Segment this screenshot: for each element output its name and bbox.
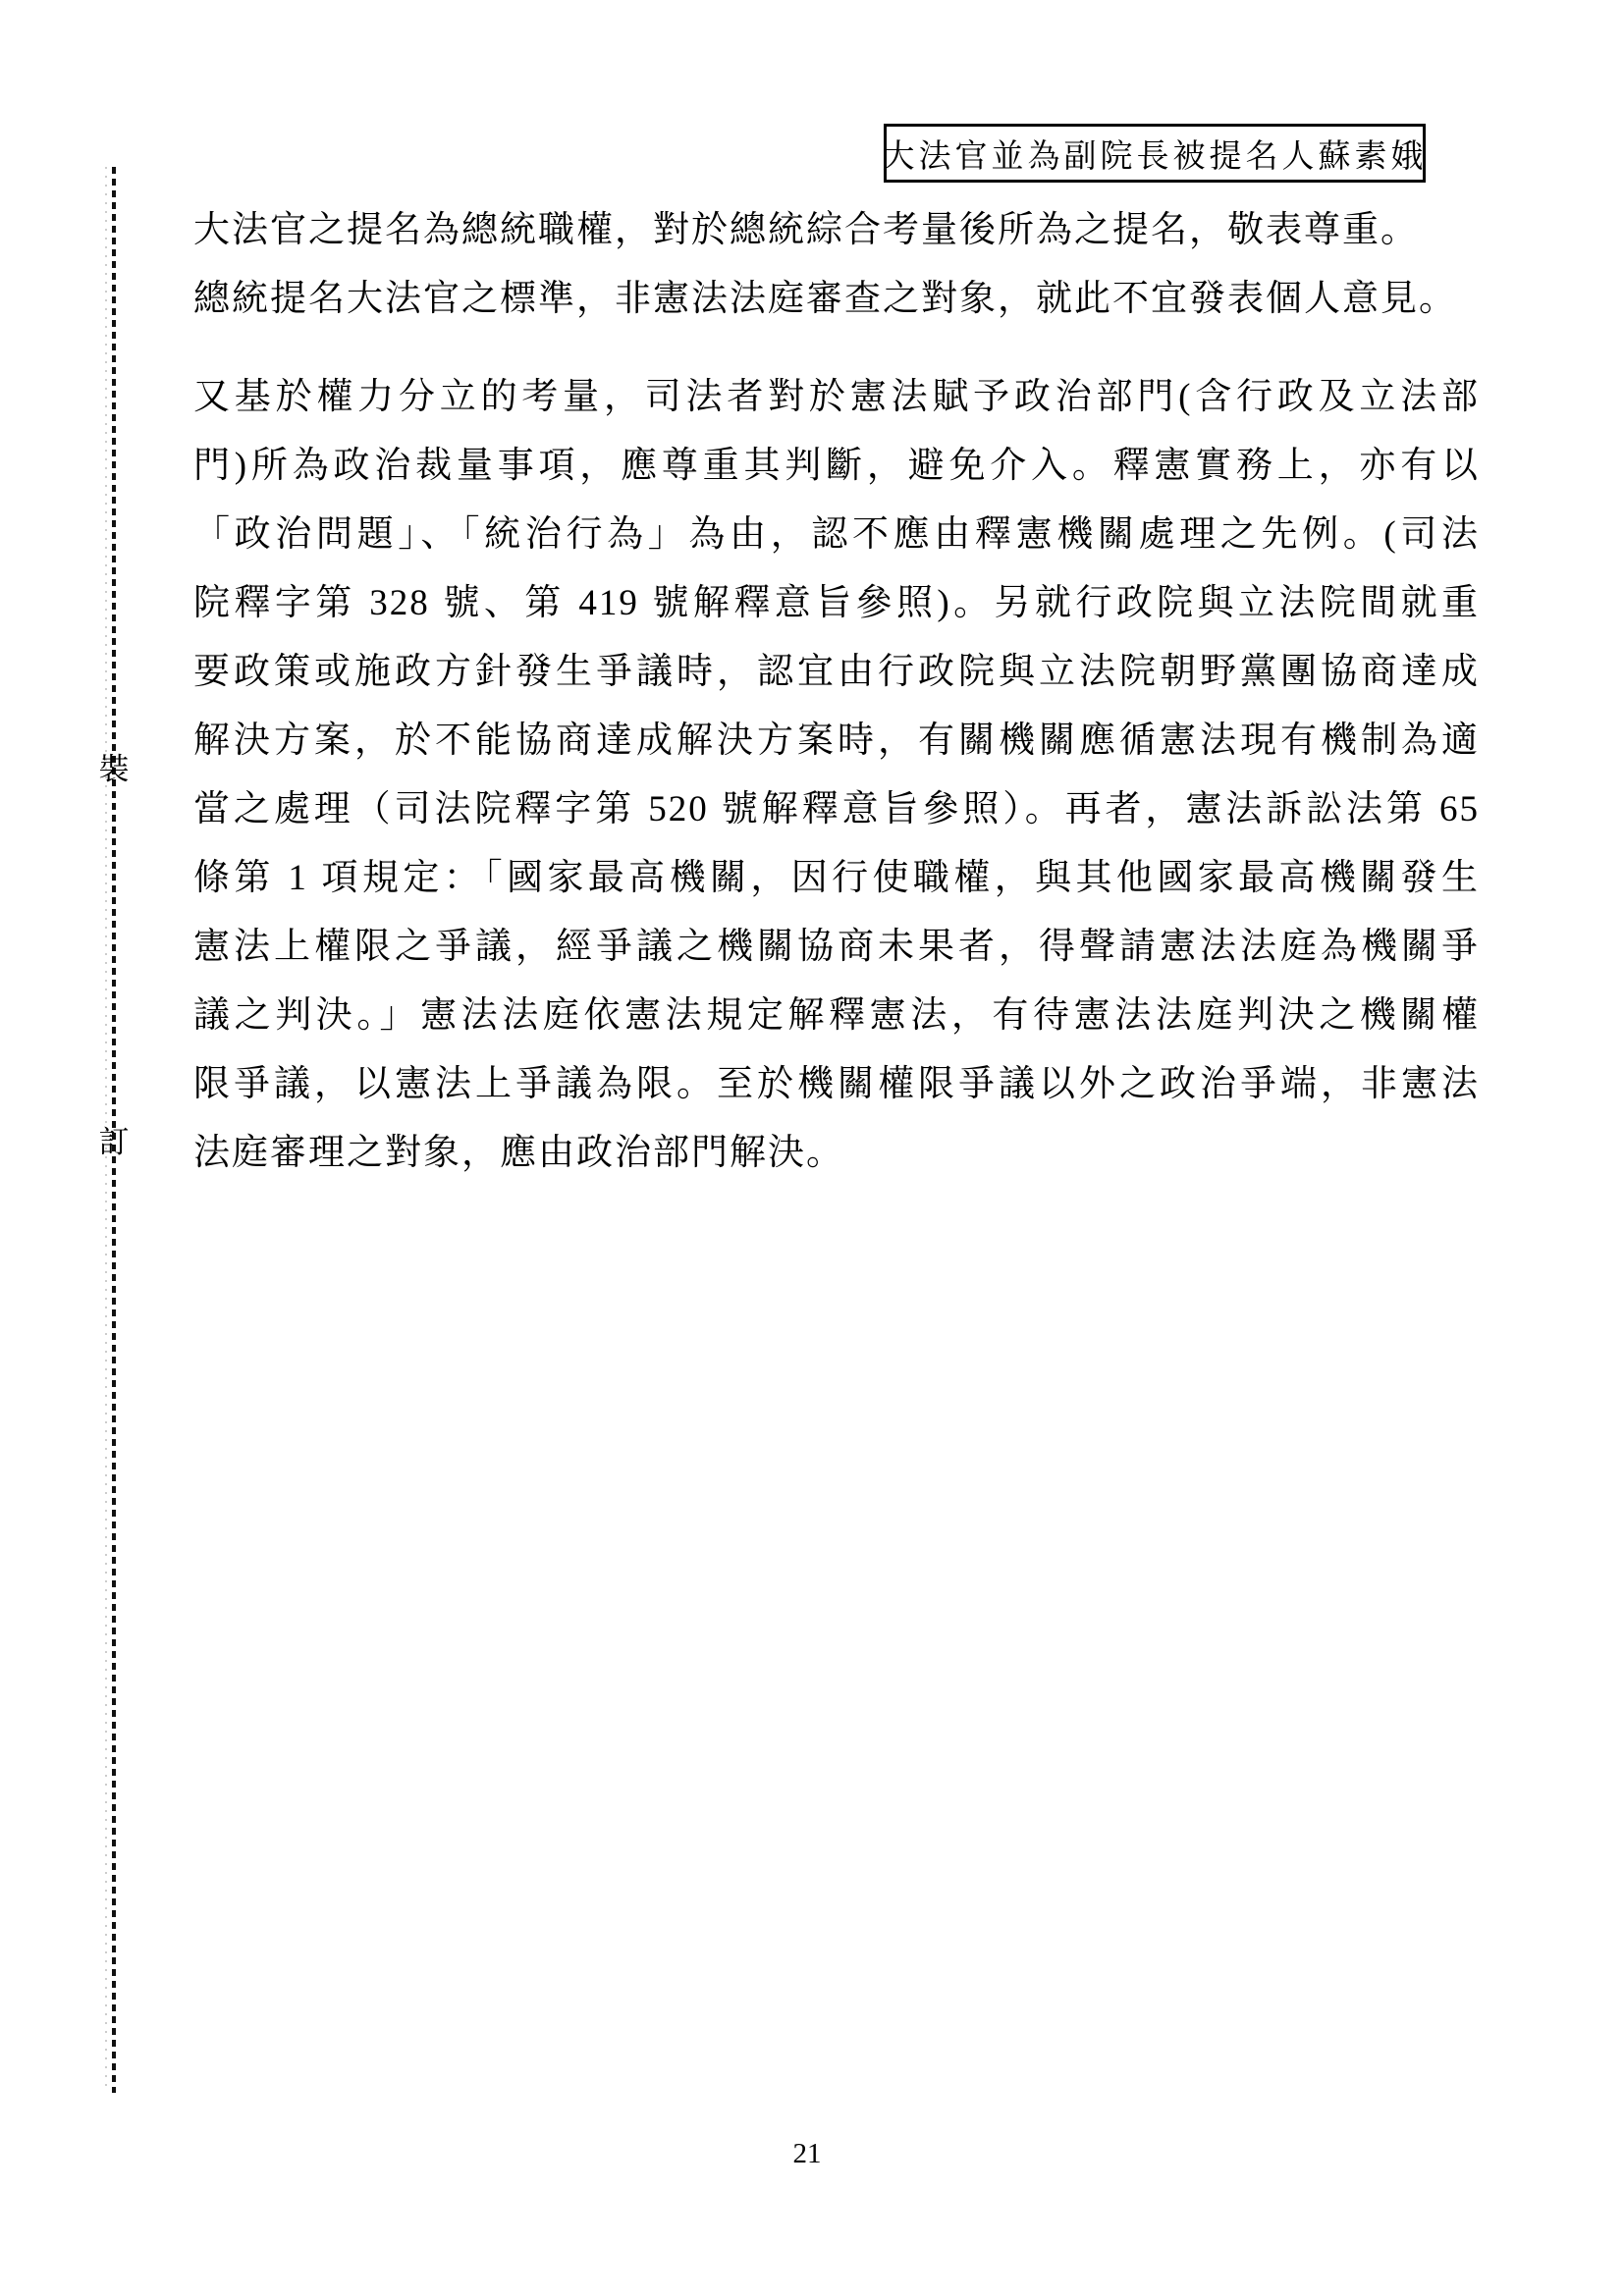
nominee-header-title: 大法官並為副院長被提名人蘇素娥 — [883, 131, 1428, 177]
text-line: 限爭議，以憲法上爭議為限。至於機關權限爭議以外之政治爭端，非憲法 — [193, 1050, 1480, 1119]
nominee-header-box: 大法官並為副院長被提名人蘇素娥 — [884, 124, 1426, 183]
text-line: 院釋字第 328 號、第 419 號解釋意旨參照)。另就行政院與立法院間就重 — [193, 569, 1480, 638]
text-line: 議之判決。」憲法法庭依憲法規定解釋憲法，有待憲法法庭判決之機關權 — [193, 982, 1480, 1050]
binding-mark-ding: 訂 — [99, 1127, 130, 1157]
paragraph-nomination-respect: 大法官之提名為總統職權，對於總統綜合考量後所為之提名，敬表尊重。總統提名大法官之… — [193, 196, 1480, 334]
document-page: 大法官並為副院長被提名人蘇素娥 裝 訂 大法官之提名為總統職權，對於總統綜合考量… — [0, 0, 1624, 2296]
text-line: 條第 1 項規定：「國家最高機關，因行使職權，與其他國家最高機關發生 — [193, 844, 1480, 913]
text-line: 當之處理（司法院釋字第 520 號解釋意旨參照）。再者，憲法訴訟法第 65 — [193, 775, 1480, 844]
text-line: 要政策或施政方針發生爭議時，認宜由行政院與立法院朝野黨團協商達成 — [193, 638, 1480, 707]
text-line: 法庭審理之對象，應由政治部門解決。 — [193, 1119, 1480, 1188]
text-line: 解決方案，於不能協商達成解決方案時，有關機關應循憲法現有機制為適 — [193, 707, 1480, 775]
text-line: 總統提名大法官之標準，非憲法法庭審查之對象，就此不宜發表個人意見。 — [193, 265, 1480, 334]
text-line: 憲法上權限之爭議，經爭議之機關協商未果者，得聲請憲法法庭為機關爭 — [193, 913, 1480, 982]
paragraph-separation-of-powers: 又基於權力分立的考量，司法者對於憲法賦予政治部門(含行政及立法部門)所為政治裁量… — [193, 363, 1480, 1188]
text-line: 門)所為政治裁量事項，應尊重其判斷，避免介入。釋憲實務上，亦有以 — [193, 432, 1480, 501]
text-line: 「政治問題」、「統治行為」為由，認不應由釋憲機關處理之先例。(司法 — [193, 501, 1480, 569]
page-number: 21 — [793, 2138, 822, 2170]
text-line: 大法官之提名為總統職權，對於總統綜合考量後所為之提名，敬表尊重。 — [193, 196, 1480, 265]
text-line: 又基於權力分立的考量，司法者對於憲法賦予政治部門(含行政及立法部 — [193, 363, 1480, 432]
binding-mark-zhuang: 裝 — [99, 754, 130, 784]
body-text: 大法官之提名為總統職權，對於總統綜合考量後所為之提名，敬表尊重。總統提名大法官之… — [193, 196, 1480, 1217]
